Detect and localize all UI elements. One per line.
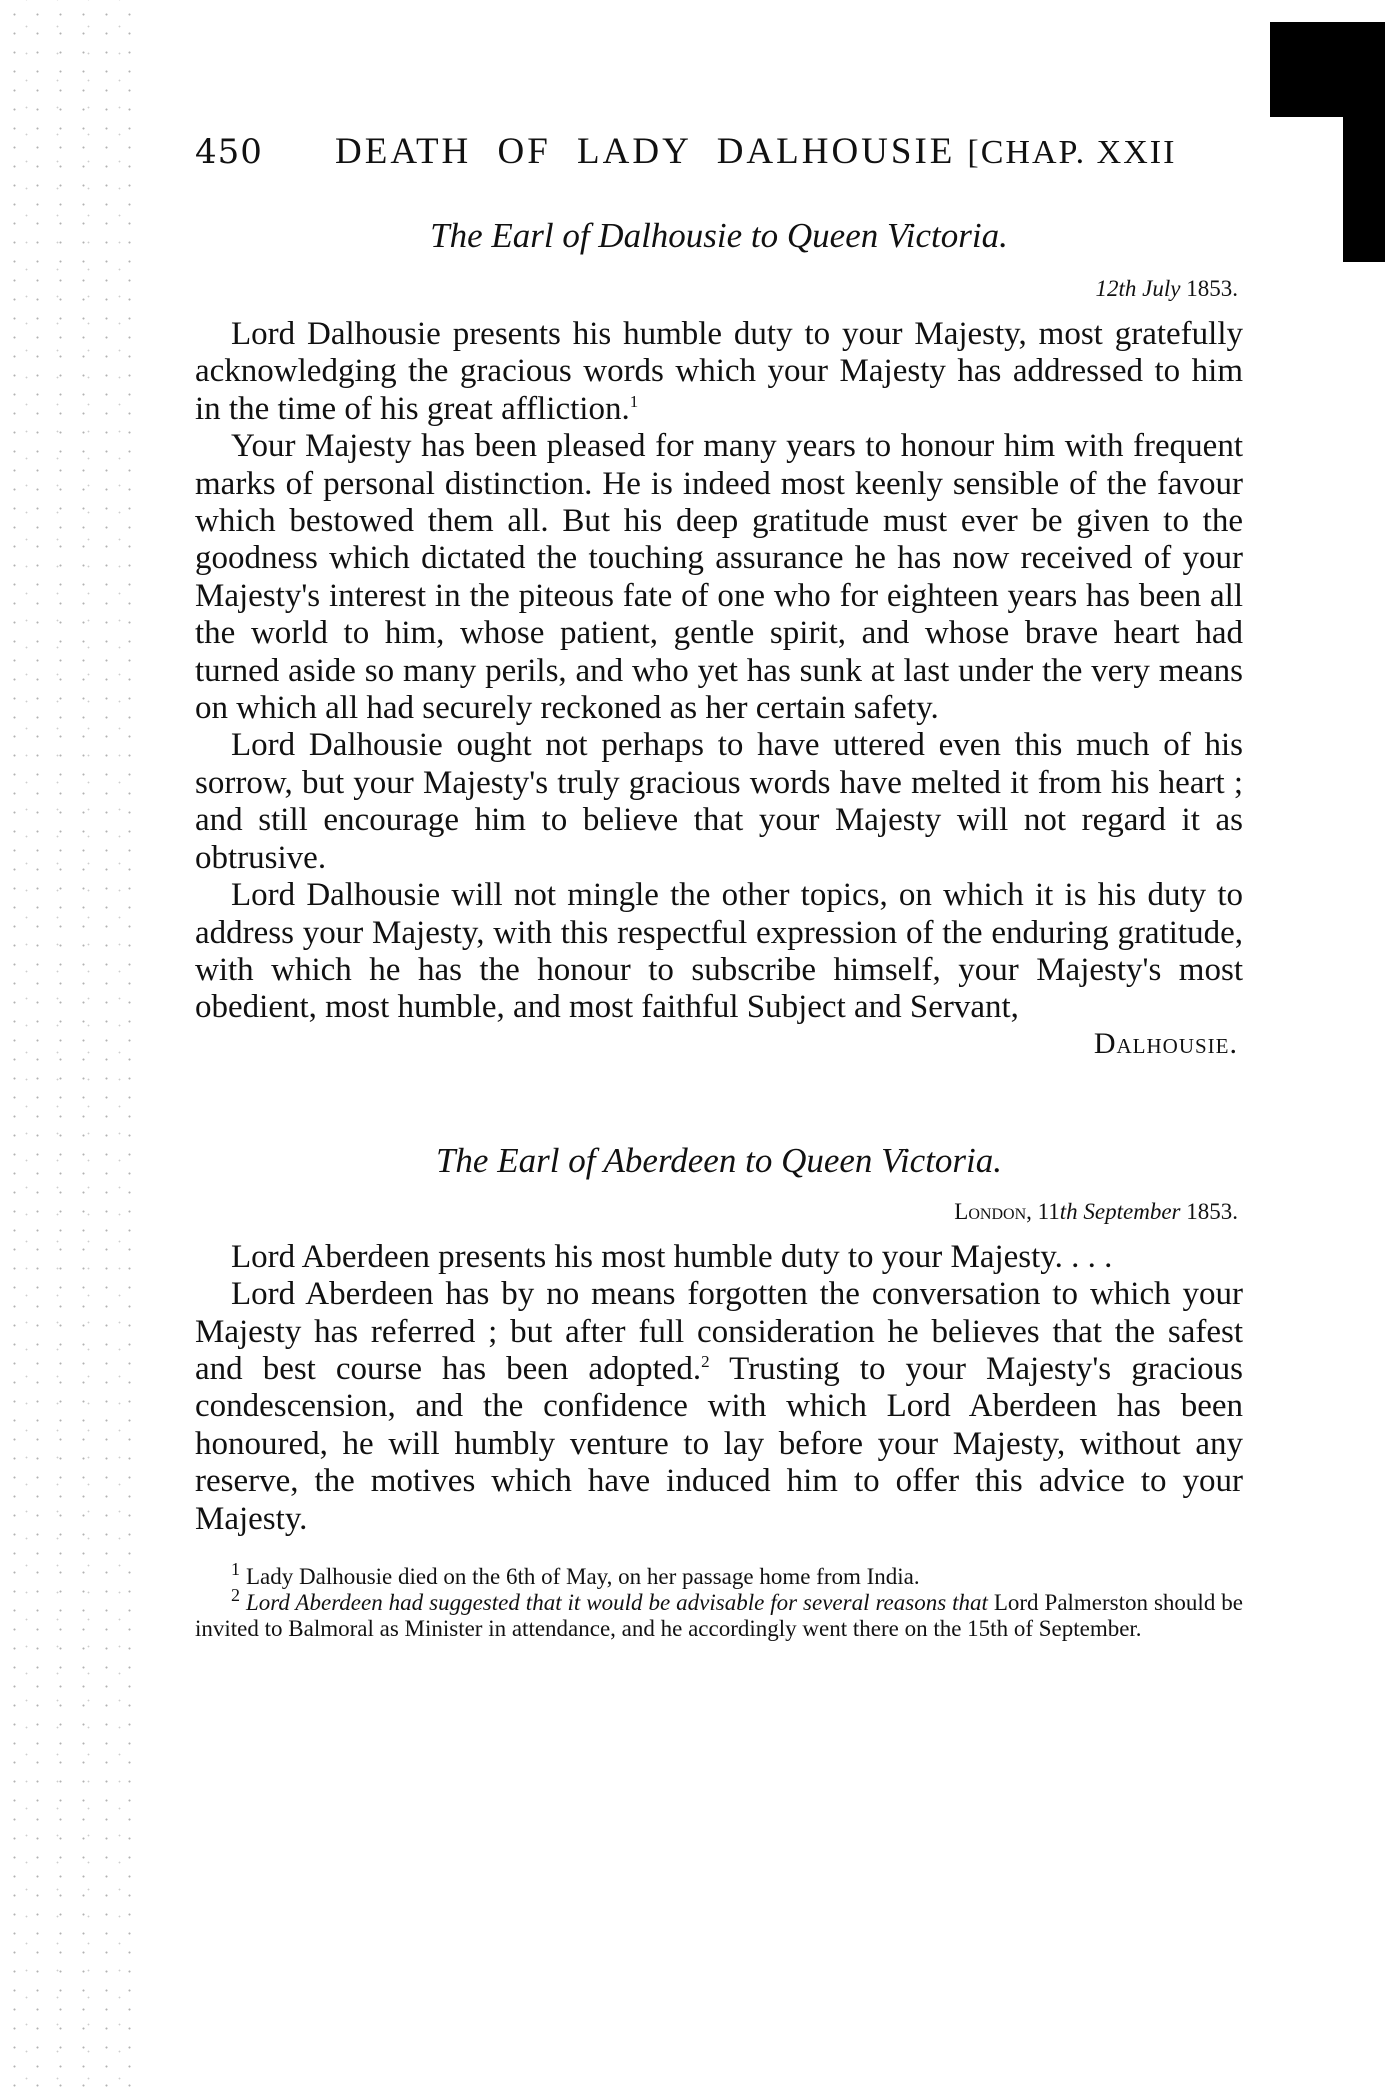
chapter-label: [CHAP. XXII — [967, 134, 1176, 172]
scan-edge-black-mark — [1270, 22, 1385, 262]
dateline-day: 12th July — [1096, 276, 1181, 301]
dateline-year: 1853. — [1186, 1199, 1238, 1224]
paragraph-text: Lord Dalhousie presents his humble duty … — [195, 316, 1243, 427]
letter-heading: The Earl of Aberdeen to Queen Victoria. — [195, 1141, 1243, 1181]
footnotes: 1Lady Dalhousie died on the 6th of May, … — [195, 1564, 1243, 1642]
dateline-place: London, — [954, 1199, 1032, 1224]
edge-mark-top — [1270, 22, 1385, 117]
footnote: 2Lord Aberdeen had suggested that it wou… — [195, 1590, 1243, 1642]
letter-dateline: London, 11th September 1853. — [195, 1199, 1243, 1225]
letter-paragraph: Lord Dalhousie will not mingle the other… — [195, 877, 1243, 1027]
dateline-day-num: 11 — [1038, 1199, 1060, 1224]
scan-margin-speckle — [0, 0, 140, 2091]
running-head: 450 DEATH OF LADY DALHOUSIE [CHAP. XXII — [195, 130, 1243, 186]
letter-signature: Dalhousie. — [195, 1027, 1243, 1061]
book-page: 450 DEATH OF LADY DALHOUSIE [CHAP. XXII … — [195, 130, 1243, 1642]
letter-paragraph: Lord Dalhousie ought not perhaps to have… — [195, 727, 1243, 877]
dateline-year: 1853. — [1186, 276, 1238, 301]
letter-dateline: 12th July 1853. — [195, 276, 1243, 302]
footnote-ref[interactable]: 1 — [630, 392, 639, 411]
page-number: 450 — [195, 132, 335, 172]
letter-paragraph: Lord Aberdeen presents his most humble d… — [195, 1239, 1243, 1276]
footnote-number: 1 — [231, 1559, 240, 1579]
letter-paragraph: Lord Aberdeen has by no means forgotten … — [195, 1276, 1243, 1538]
footnote: 1Lady Dalhousie died on the 6th of May, … — [195, 1564, 1243, 1590]
edge-mark-stem — [1343, 112, 1385, 262]
letter-heading: The Earl of Dalhousie to Queen Victoria. — [195, 216, 1243, 256]
running-head-title: DEATH OF LADY DALHOUSIE — [335, 130, 955, 173]
dateline-month: September — [1083, 1199, 1180, 1224]
dateline-day-suffix: th — [1060, 1199, 1078, 1224]
footnote-number: 2 — [231, 1585, 240, 1605]
footnote-text-italic: Lord Aberdeen had suggested that it woul… — [246, 1590, 988, 1615]
footnote-ref[interactable]: 2 — [701, 1352, 710, 1371]
footnote-text: Lady Dalhousie died on the 6th of May, o… — [246, 1564, 920, 1589]
letter-paragraph: Lord Dalhousie presents his humble duty … — [195, 316, 1243, 428]
letter-paragraph: Your Majesty has been pleased for many y… — [195, 428, 1243, 727]
